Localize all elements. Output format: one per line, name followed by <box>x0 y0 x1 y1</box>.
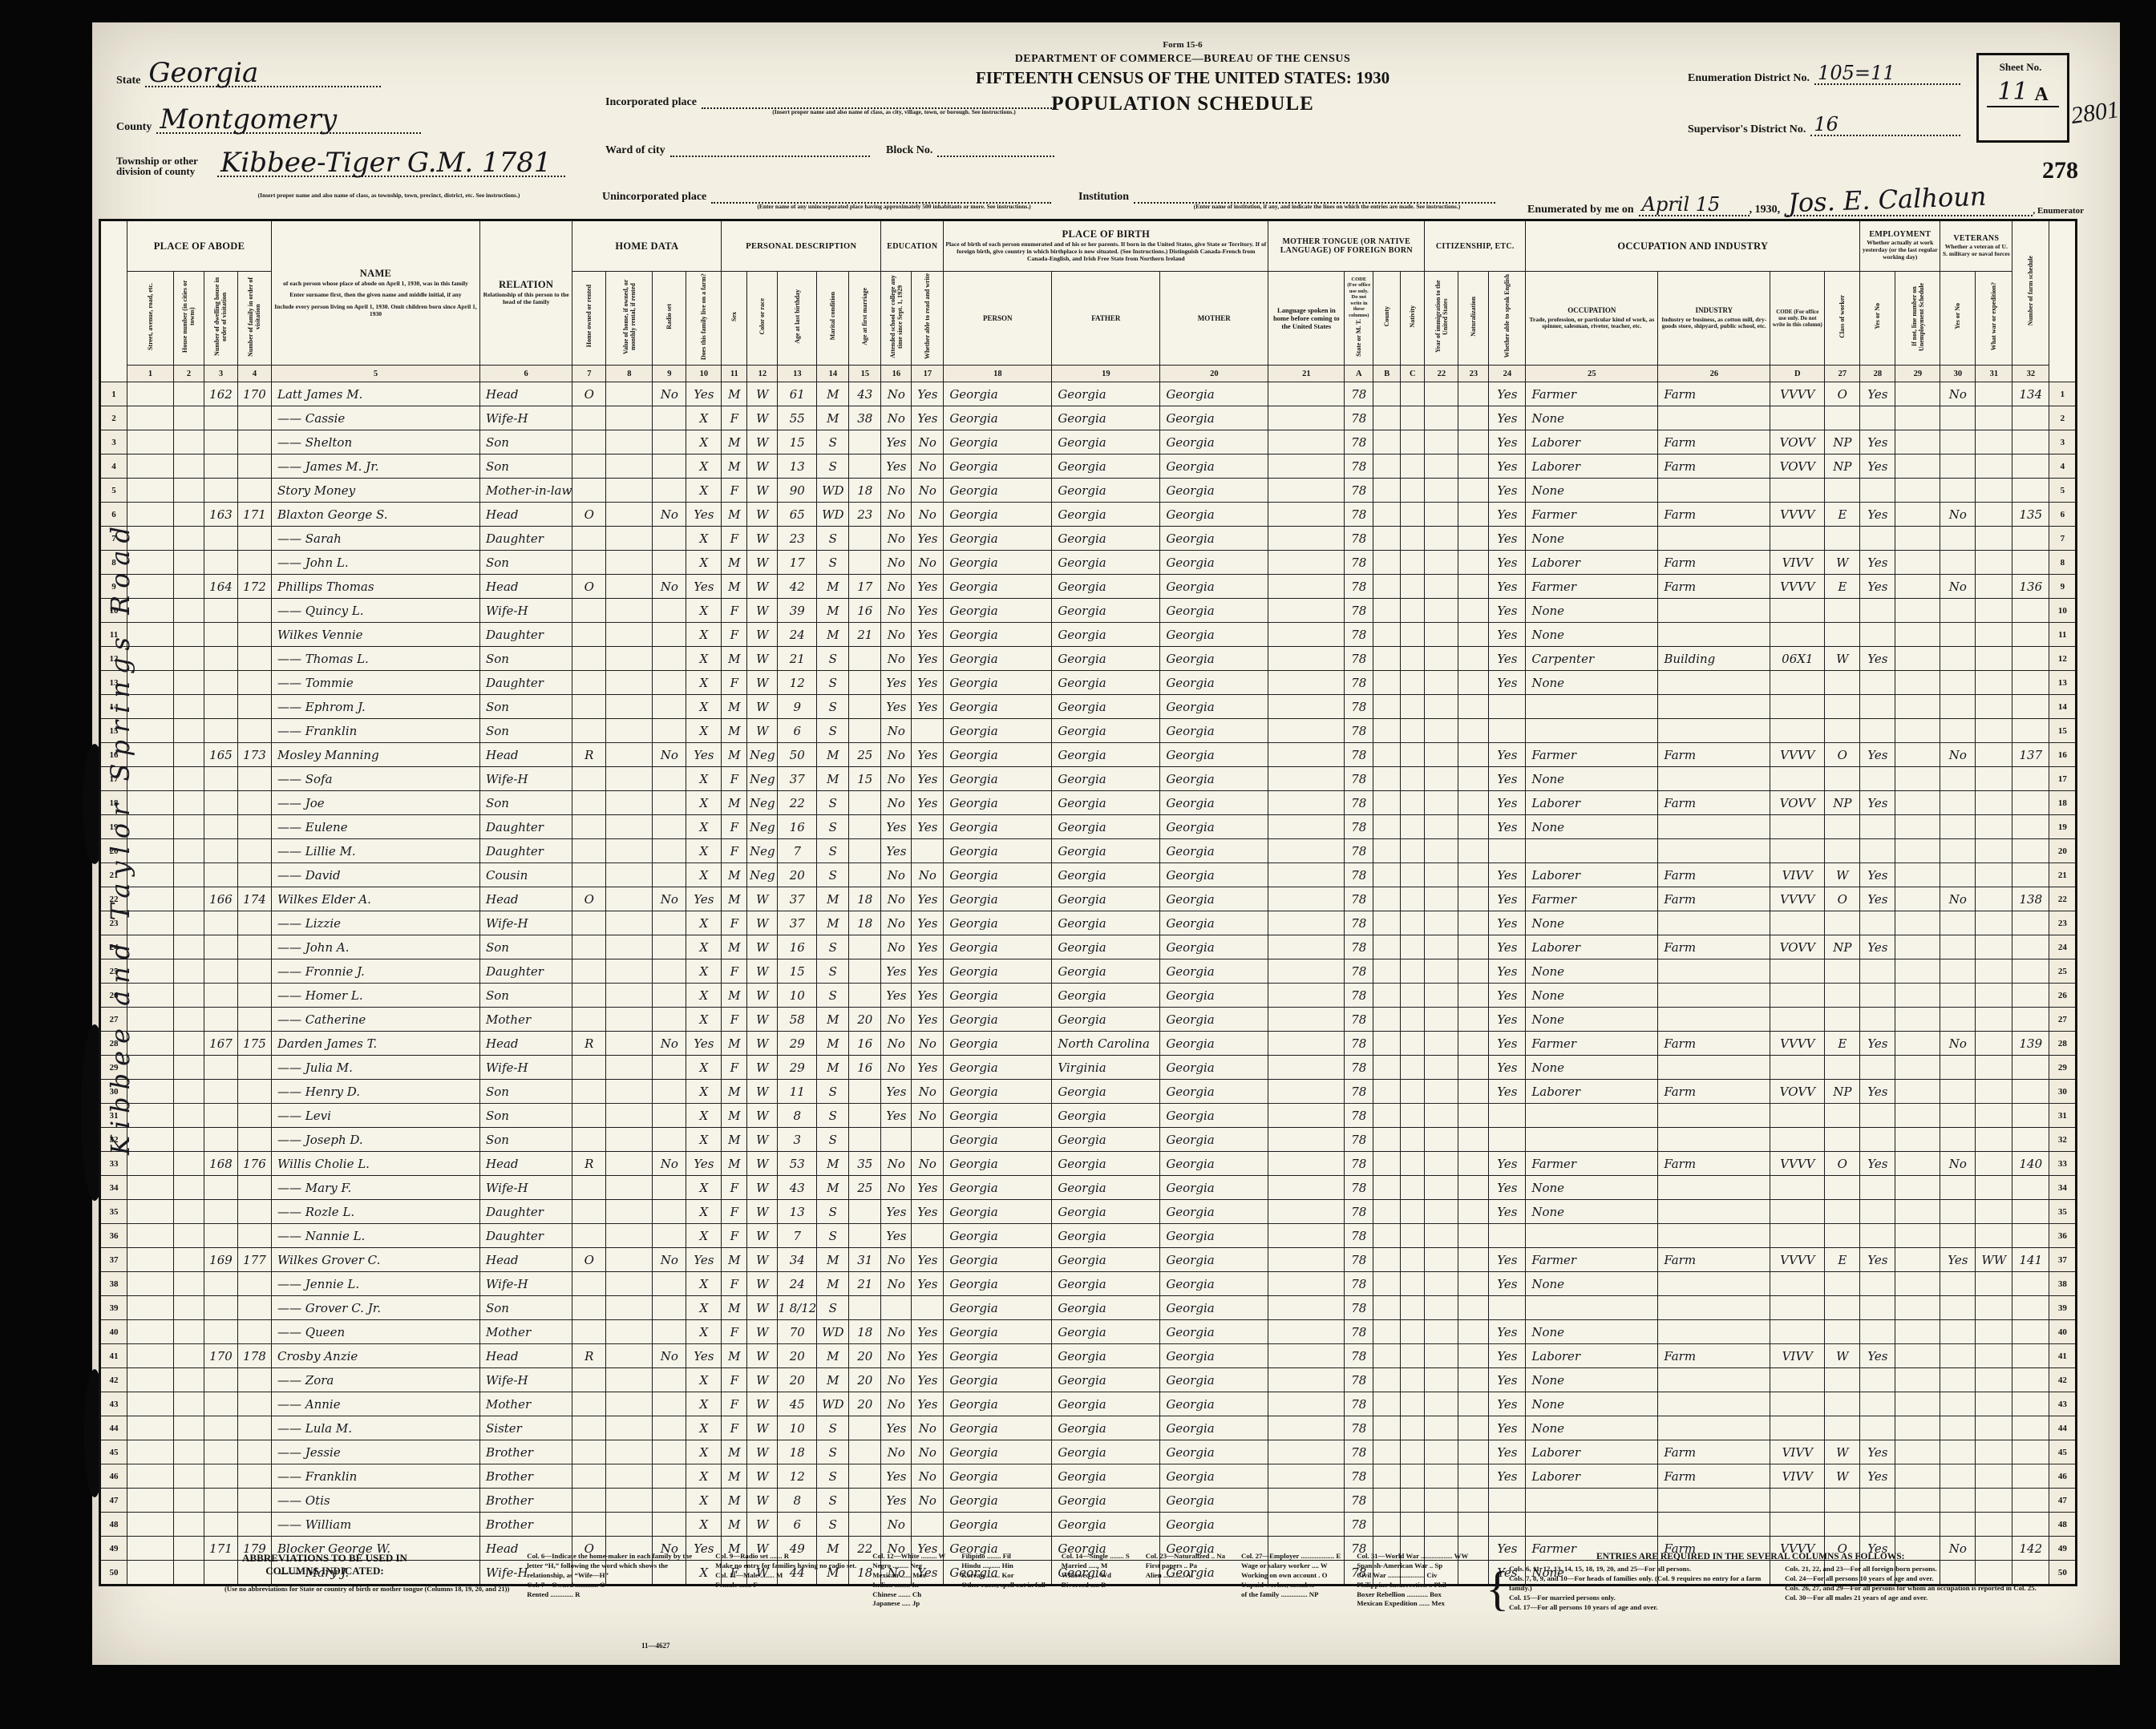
cell-marital: M <box>817 575 849 599</box>
cell-relation: Head <box>480 1248 572 1272</box>
census-table-wrap: PLACE OF ABODE NAME of each person whose… <box>99 219 2077 1586</box>
cell-language <box>1268 1104 1345 1128</box>
cell-immigration-year <box>1425 839 1458 863</box>
cell-worker-class <box>1825 1392 1860 1416</box>
cell-industry <box>1658 1056 1770 1080</box>
cell-person-name: —— William <box>272 1513 480 1537</box>
column-number: 11 <box>722 366 747 382</box>
cell-language <box>1268 599 1345 623</box>
cell-code-a: 78 <box>1345 1104 1373 1128</box>
cell-naturalization <box>1458 527 1489 551</box>
cell-marital: S <box>817 1489 849 1513</box>
cell-language <box>1268 454 1345 479</box>
line-number: 26 <box>2049 984 2077 1008</box>
cell-age: 13 <box>778 1200 817 1224</box>
cell-worker-class <box>1825 1272 1860 1296</box>
cell-sex: M <box>722 430 747 454</box>
cell-house-number <box>174 695 204 719</box>
cell-war: WW <box>1976 1248 2012 1272</box>
cell-occupation: None <box>1526 1392 1658 1416</box>
cell-father-birthplace: Georgia <box>1052 1344 1160 1368</box>
cell-father-birthplace: Georgia <box>1052 959 1160 984</box>
cell-person-name: —— Otis <box>272 1489 480 1513</box>
cell-unemployment-line <box>1895 719 1940 743</box>
cell-birthplace: Georgia <box>944 1032 1052 1056</box>
cell-unemployment-line <box>1895 984 1940 1008</box>
street-name-vertical: Kibbee and Taylor Springs Road <box>105 519 140 1553</box>
cell-house-number <box>174 887 204 911</box>
column-number: 12 <box>747 366 778 382</box>
cell-farm-schedule <box>2012 1080 2049 1104</box>
cell-marital: M <box>817 623 849 647</box>
cell-read-write: Yes <box>912 815 944 839</box>
cell-relation: Wife-H <box>480 1176 572 1200</box>
cell-war <box>1976 623 2012 647</box>
table-row: 2—— CassieWife-HXFW55M38NoYesGeorgiaGeor… <box>100 406 2077 430</box>
col-family-number: Number of family in order of visitation <box>238 272 272 366</box>
cell-worker-class: E <box>1825 503 1860 527</box>
cell-father-birthplace: Georgia <box>1052 1368 1160 1392</box>
cell-worker-class <box>1825 911 1860 935</box>
cell-farm: X <box>686 911 722 935</box>
cell-speaks-english: Yes <box>1489 815 1526 839</box>
cell-occupation: Laborer <box>1526 1440 1658 1464</box>
cell-sex: M <box>722 743 747 767</box>
enumerator-label: , Enumerator <box>2033 207 2089 216</box>
cell-code-d: VIVV <box>1770 863 1825 887</box>
column-number: 4 <box>238 366 272 382</box>
cell-code-c <box>1401 887 1425 911</box>
cell-family-number <box>238 839 272 863</box>
cell-war <box>1976 1080 2012 1104</box>
cell-family-number <box>238 1296 272 1320</box>
table-row: 19—— EuleneDaughterXFNeg16SYesYesGeorgia… <box>100 815 2077 839</box>
cell-veteran <box>1940 767 1976 791</box>
cell-industry <box>1658 1128 1770 1152</box>
cell-home-owned <box>572 1200 606 1224</box>
cell-language <box>1268 1464 1345 1489</box>
cell-father-birthplace: Georgia <box>1052 1200 1160 1224</box>
cell-mother-birthplace: Georgia <box>1160 1152 1268 1176</box>
unincorporated-note: (Enter name of any unincorporated place … <box>726 204 1062 210</box>
cell-unemployment-line <box>1895 406 1940 430</box>
cell-veteran <box>1940 479 1976 503</box>
cell-age-married: 21 <box>849 623 881 647</box>
cell-mother-birthplace: Georgia <box>1160 1128 1268 1152</box>
cell-dwelling-number <box>204 815 238 839</box>
cell-school: No <box>881 911 912 935</box>
cell-radio-set <box>653 1320 686 1344</box>
cell-code-d <box>1770 1056 1825 1080</box>
cell-home-owned <box>572 599 606 623</box>
cell-speaks-english: Yes <box>1489 887 1526 911</box>
cell-immigration-year <box>1425 1008 1458 1032</box>
cell-person-name: —— Quincy L. <box>272 599 480 623</box>
cell-naturalization <box>1458 382 1489 406</box>
cell-worker-class <box>1825 839 1860 863</box>
cell-birthplace: Georgia <box>944 935 1052 959</box>
cell-farm-schedule <box>2012 1296 2049 1320</box>
col-code-d: CODE (For office use only. Do not write … <box>1770 272 1825 366</box>
cell-radio-set: No <box>653 1248 686 1272</box>
cell-age: 15 <box>778 959 817 984</box>
table-row: 22166174Wilkes Elder A.HeadONoYesMW37M18… <box>100 887 2077 911</box>
cell-home-value <box>606 551 653 575</box>
cell-occupation <box>1526 1224 1658 1248</box>
cell-code-c <box>1401 1320 1425 1344</box>
cell-school: Yes <box>881 959 912 984</box>
line-number: 1 <box>2049 382 2077 406</box>
cell-farm: X <box>686 935 722 959</box>
cell-war <box>1976 1152 2012 1176</box>
cell-war <box>1976 887 2012 911</box>
cell-code-d <box>1770 1008 1825 1032</box>
cell-house-number <box>174 479 204 503</box>
cell-school: No <box>881 503 912 527</box>
cell-person-name: —— Annie <box>272 1392 480 1416</box>
cell-home-value <box>606 1344 653 1368</box>
cell-home-value <box>606 1272 653 1296</box>
cell-worker-class <box>1825 984 1860 1008</box>
col-war: What war or expedition? <box>1976 272 2012 366</box>
cell-occupation: Farmer <box>1526 1248 1658 1272</box>
cell-radio-set <box>653 1489 686 1513</box>
cell-code-c <box>1401 551 1425 575</box>
census-rows: 1162170Latt James M.HeadONoYesMW61M43NoY… <box>100 382 2077 1586</box>
cell-code-c <box>1401 1224 1425 1248</box>
cell-code-a: 78 <box>1345 1513 1373 1537</box>
cell-code-d <box>1770 815 1825 839</box>
cell-radio-set <box>653 1392 686 1416</box>
cell-industry <box>1658 959 1770 984</box>
cell-industry <box>1658 719 1770 743</box>
column-number: 30 <box>1940 366 1976 382</box>
line-number: 22 <box>2049 887 2077 911</box>
cell-sex: F <box>722 1056 747 1080</box>
cell-code-b <box>1373 1368 1401 1392</box>
cell-worked-yesterday <box>1860 695 1895 719</box>
cell-code-d <box>1770 1513 1825 1537</box>
cell-school: Yes <box>881 1416 912 1440</box>
cell-mother-birthplace: Georgia <box>1160 1440 1268 1464</box>
cell-code-b <box>1373 647 1401 671</box>
cell-school: Yes <box>881 695 912 719</box>
cell-code-a: 78 <box>1345 1368 1373 1392</box>
column-number: 15 <box>849 366 881 382</box>
cell-read-write <box>912 1296 944 1320</box>
cell-unemployment-line <box>1895 599 1940 623</box>
cell-occupation: None <box>1526 1320 1658 1344</box>
cell-home-owned <box>572 791 606 815</box>
cell-veteran <box>1940 430 1976 454</box>
cell-age: 90 <box>778 479 817 503</box>
cell-code-c <box>1401 623 1425 647</box>
cell-industry: Building <box>1658 647 1770 671</box>
cell-worker-class <box>1825 1200 1860 1224</box>
cell-immigration-year <box>1425 791 1458 815</box>
cell-marital: S <box>817 1200 849 1224</box>
cell-language <box>1268 671 1345 695</box>
cell-relation: Son <box>480 430 572 454</box>
cell-school: Yes <box>881 839 912 863</box>
cell-code-c <box>1401 1489 1425 1513</box>
cell-code-a: 78 <box>1345 815 1373 839</box>
cell-worked-yesterday: Yes <box>1860 1248 1895 1272</box>
cell-language <box>1268 815 1345 839</box>
cell-family-number <box>238 647 272 671</box>
cell-code-c <box>1401 382 1425 406</box>
cell-home-value <box>606 1489 653 1513</box>
cell-code-d <box>1770 527 1825 551</box>
cell-relation: Head <box>480 1344 572 1368</box>
cell-farm: X <box>686 1080 722 1104</box>
cell-age-married <box>849 719 881 743</box>
cell-worker-class <box>1825 623 1860 647</box>
cell-code-a: 78 <box>1345 479 1373 503</box>
cell-farm-schedule <box>2012 1513 2049 1537</box>
cell-read-write: Yes <box>912 1176 944 1200</box>
cell-father-birthplace: Georgia <box>1052 1489 1160 1513</box>
cell-home-owned <box>572 1320 606 1344</box>
cell-war <box>1976 454 2012 479</box>
cell-age: 65 <box>778 503 817 527</box>
cell-home-value <box>606 1224 653 1248</box>
cell-sex: M <box>722 1489 747 1513</box>
cell-worked-yesterday <box>1860 719 1895 743</box>
cell-code-d: VOVV <box>1770 454 1825 479</box>
cell-person-name: Wilkes Vennie <box>272 623 480 647</box>
cell-war <box>1976 1104 2012 1128</box>
cell-immigration-year <box>1425 575 1458 599</box>
cell-home-owned <box>572 1513 606 1537</box>
cell-worked-yesterday <box>1860 1296 1895 1320</box>
cell-code-b <box>1373 503 1401 527</box>
cell-relation: Head <box>480 503 572 527</box>
cell-code-d <box>1770 695 1825 719</box>
column-number: D <box>1770 366 1825 382</box>
cell-unemployment-line <box>1895 479 1940 503</box>
cell-marital: WD <box>817 1320 849 1344</box>
cell-occupation: None <box>1526 767 1658 791</box>
cell-house-number <box>174 1200 204 1224</box>
cell-code-d <box>1770 959 1825 984</box>
cell-unemployment-line <box>1895 647 1940 671</box>
cell-sex: M <box>722 503 747 527</box>
cell-unemployment-line <box>1895 911 1940 935</box>
cell-dwelling-number <box>204 1128 238 1152</box>
cell-farm: X <box>686 719 722 743</box>
cell-birthplace: Georgia <box>944 479 1052 503</box>
cell-code-d <box>1770 406 1825 430</box>
cell-immigration-year <box>1425 1464 1458 1489</box>
cell-occupation: Laborer <box>1526 1344 1658 1368</box>
table-row: 1162170Latt James M.HeadONoYesMW61M43NoY… <box>100 382 2077 406</box>
cell-person-name: —— Zora <box>272 1368 480 1392</box>
cell-mother-birthplace: Georgia <box>1160 527 1268 551</box>
cell-marital: S <box>817 935 849 959</box>
cell-house-number <box>174 1032 204 1056</box>
township-label: Township or other division of county <box>116 156 217 177</box>
cell-speaks-english: Yes <box>1489 1008 1526 1032</box>
cell-industry <box>1658 1416 1770 1440</box>
cell-mother-birthplace: Georgia <box>1160 671 1268 695</box>
cell-code-c <box>1401 911 1425 935</box>
line-number: 20 <box>2049 839 2077 863</box>
cell-age: 7 <box>778 1224 817 1248</box>
cell-radio-set <box>653 479 686 503</box>
enumerated-date: April 15 <box>1642 193 1721 216</box>
cell-worker-class <box>1825 599 1860 623</box>
cell-code-c <box>1401 479 1425 503</box>
cell-farm: X <box>686 599 722 623</box>
cell-language <box>1268 623 1345 647</box>
cell-dwelling-number <box>204 1104 238 1128</box>
cell-veteran <box>1940 791 1976 815</box>
cell-relation: Daughter <box>480 1200 572 1224</box>
cell-speaks-english: Yes <box>1489 1248 1526 1272</box>
cell-occupation: None <box>1526 599 1658 623</box>
cell-person-name: Willis Cholie L. <box>272 1152 480 1176</box>
cell-home-owned <box>572 454 606 479</box>
cell-code-d <box>1770 1296 1825 1320</box>
cell-read-write: Yes <box>912 671 944 695</box>
cell-marital: S <box>817 863 849 887</box>
cell-father-birthplace: Georgia <box>1052 743 1160 767</box>
cell-age: 58 <box>778 1008 817 1032</box>
cell-relation: Son <box>480 1104 572 1128</box>
cell-relation: Daughter <box>480 959 572 984</box>
cell-house-number <box>174 1416 204 1440</box>
cell-farm: X <box>686 1056 722 1080</box>
cell-industry <box>1658 984 1770 1008</box>
cell-house-number <box>174 1464 204 1489</box>
cell-immigration-year <box>1425 1368 1458 1392</box>
cell-dwelling-number <box>204 935 238 959</box>
cell-industry: Farm <box>1658 551 1770 575</box>
cell-radio-set <box>653 1200 686 1224</box>
cell-father-birthplace: Georgia <box>1052 1104 1160 1128</box>
cell-sex: F <box>722 1176 747 1200</box>
cell-sex: M <box>722 454 747 479</box>
cell-home-value <box>606 1248 653 1272</box>
print-code: 11—4627 <box>641 1642 670 1650</box>
col-house-number: House number (in cities or towns) <box>174 272 204 366</box>
cell-code-c <box>1401 599 1425 623</box>
cell-mother-birthplace: Georgia <box>1160 791 1268 815</box>
cell-farm-schedule <box>2012 1440 2049 1464</box>
cell-age: 9 <box>778 695 817 719</box>
cell-language <box>1268 695 1345 719</box>
cell-worked-yesterday <box>1860 1368 1895 1392</box>
cell-house-number <box>174 1561 204 1586</box>
table-row: 21—— DavidCousinXMNeg20SNoNoGeorgiaGeorg… <box>100 863 2077 887</box>
cell-family-number <box>238 430 272 454</box>
cell-mother-birthplace: Georgia <box>1160 1489 1268 1513</box>
cell-farm-schedule <box>2012 1320 2049 1344</box>
cell-person-name: —— Jennie L. <box>272 1272 480 1296</box>
cell-person-name: —— Grover C. Jr. <box>272 1296 480 1320</box>
cell-marital: WD <box>817 479 849 503</box>
cell-age: 10 <box>778 984 817 1008</box>
cell-unemployment-line <box>1895 1176 1940 1200</box>
cell-veteran <box>1940 863 1976 887</box>
cell-relation: Son <box>480 1080 572 1104</box>
cell-code-b <box>1373 935 1401 959</box>
cell-veteran <box>1940 1320 1976 1344</box>
column-number: 29 <box>1895 366 1940 382</box>
cell-marital: S <box>817 1224 849 1248</box>
cell-code-c <box>1401 984 1425 1008</box>
column-number: A <box>1345 366 1373 382</box>
cell-birthplace: Georgia <box>944 1368 1052 1392</box>
cell-war <box>1976 743 2012 767</box>
cell-unemployment-line <box>1895 959 1940 984</box>
cell-worked-yesterday <box>1860 839 1895 863</box>
cell-school: No <box>881 623 912 647</box>
cell-color-race: W <box>747 1440 778 1464</box>
cell-veteran <box>1940 1128 1976 1152</box>
cell-relation: Son <box>480 1296 572 1320</box>
cell-relation: Son <box>480 935 572 959</box>
cell-color-race: W <box>747 623 778 647</box>
cell-school: Yes <box>881 1200 912 1224</box>
group-home-data: HOME DATA <box>572 220 722 272</box>
cell-occupation: Laborer <box>1526 1464 1658 1489</box>
cell-code-a: 78 <box>1345 1320 1373 1344</box>
cell-home-owned <box>572 1176 606 1200</box>
cell-home-owned <box>572 1272 606 1296</box>
cell-worker-class: O <box>1825 743 1860 767</box>
cell-occupation: None <box>1526 1008 1658 1032</box>
enumeration-district-label: Enumeration District No. <box>1688 73 1814 85</box>
cell-code-b <box>1373 575 1401 599</box>
cell-color-race: W <box>747 479 778 503</box>
cell-person-name: —— Henry D. <box>272 1080 480 1104</box>
cell-veteran <box>1940 1416 1976 1440</box>
cell-age-married <box>849 671 881 695</box>
cell-farm-schedule: 134 <box>2012 382 2049 406</box>
cell-home-value <box>606 1440 653 1464</box>
cell-house-number <box>174 1104 204 1128</box>
cell-occupation: None <box>1526 1272 1658 1296</box>
cell-house-number <box>174 863 204 887</box>
cell-farm: X <box>686 1272 722 1296</box>
cell-person-name: —— Levi <box>272 1104 480 1128</box>
legend-title: ABBREVIATIONS TO BE USED IN COLUMNS INDI… <box>224 1552 425 1578</box>
table-row: 30—— Henry D.SonXMW11SYesNoGeorgiaGeorgi… <box>100 1080 2077 1104</box>
cell-code-a: 78 <box>1345 1008 1373 1032</box>
cell-occupation: None <box>1526 1416 1658 1440</box>
cell-sex: M <box>722 647 747 671</box>
cell-industry <box>1658 1200 1770 1224</box>
legend-column: Col. 31—World War .................. WWS… <box>1357 1552 1468 1609</box>
cell-age-married: 38 <box>849 406 881 430</box>
cell-read-write: No <box>912 1464 944 1489</box>
cell-industry: Farm <box>1658 503 1770 527</box>
cell-person-name: —— Joseph D. <box>272 1128 480 1152</box>
legend-column: Col. 23—Naturalized .. NaFirst papers ..… <box>1146 1552 1225 1609</box>
cell-home-owned <box>572 935 606 959</box>
cell-house-number <box>174 551 204 575</box>
cell-house-number <box>174 1440 204 1464</box>
cell-language <box>1268 647 1345 671</box>
cell-veteran <box>1940 839 1976 863</box>
cell-farm: X <box>686 1104 722 1128</box>
cell-birthplace: Georgia <box>944 454 1052 479</box>
table-row: 11Wilkes VennieDaughterXFW24M21NoYesGeor… <box>100 623 2077 647</box>
cell-farm: X <box>686 767 722 791</box>
cell-father-birthplace: Georgia <box>1052 767 1160 791</box>
